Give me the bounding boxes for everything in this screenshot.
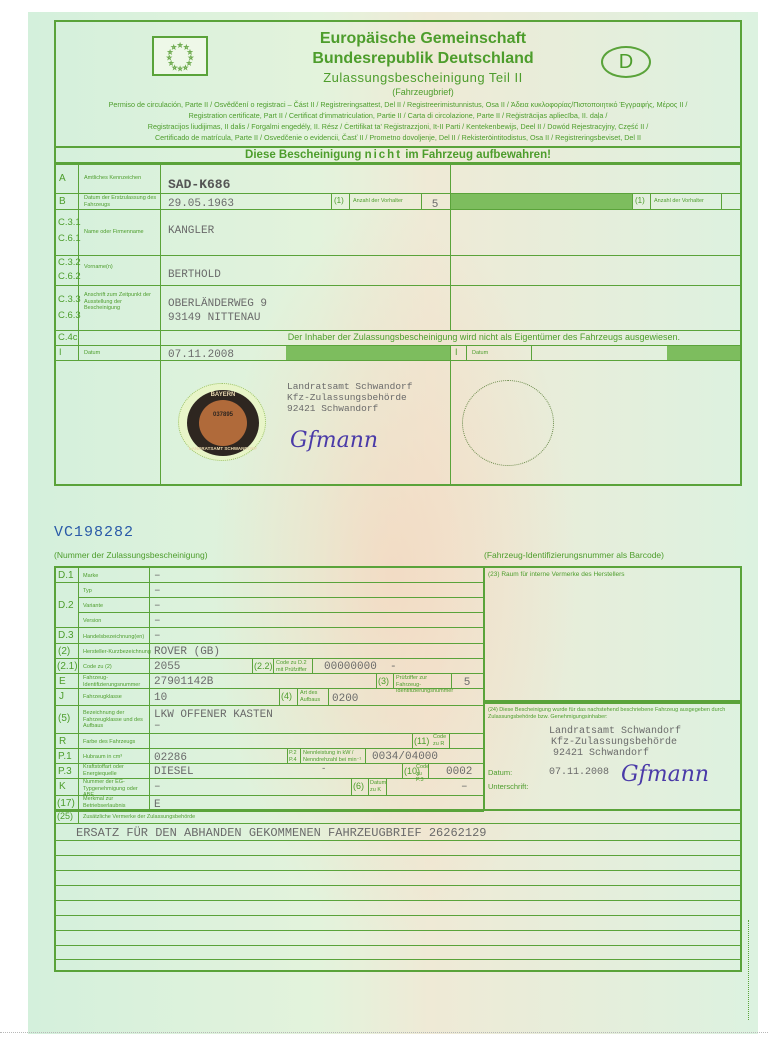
title-eu: Europäische Gemeinschaft: [56, 30, 740, 48]
field-code-J: J: [59, 691, 64, 702]
warning-banner: Diese Bescheinigung nicht im Fahrzeug au…: [54, 146, 742, 164]
field-label-3: Prüfziffer zur Fahrzeug-Identifizierungs…: [396, 675, 451, 695]
prev-owners-value: 5: [432, 198, 438, 210]
displacement-value: 02286: [154, 752, 187, 764]
field-label-C33: Anschrift zum Zeitpunkt der Ausstellung …: [84, 292, 158, 312]
field-label-B: Datum der Erstzulassung des Fahrzeugs: [84, 195, 158, 208]
field-label-J: Fahrzeugklasse: [83, 694, 122, 701]
prev-owners-label: Anzahl der Vorhalter: [353, 198, 403, 205]
issuer-signature: Gfmann: [621, 762, 709, 787]
prev-owners-right-label: Anzahl der Vorhalter: [654, 198, 704, 205]
issuing-authority-line3: 92421 Schwandorf: [553, 748, 649, 759]
field-label-I-right: Datum: [472, 350, 488, 357]
title-subtitle: (Fahrzeugbrief): [56, 87, 740, 97]
field-label-R: Farbe des Fahrzeugs: [83, 739, 135, 746]
manufacturer-code-value: 2055: [154, 661, 180, 673]
owner-first-name: BERTHOLD: [168, 269, 221, 281]
warning-text: Diese Bescheinigung: [245, 149, 365, 161]
vehicle-description-line2: –: [154, 720, 161, 732]
field-label-2: Hersteller-Kurzbezeichnung: [83, 649, 151, 656]
field-code-I-right: I: [455, 347, 458, 357]
issuing-authority-label: (24) Diese Bescheinigung wurde für das n…: [488, 707, 738, 720]
prev-owners-code: (1): [334, 196, 344, 205]
field-code-B: B: [59, 196, 66, 207]
field-code-K: K: [59, 781, 66, 792]
translation-line: Registracijos liudijimas, II dalis / For…: [56, 121, 740, 132]
seal-text-top: BAYERN: [187, 392, 259, 398]
certificate-number-label: (Nummer der Zulassungsbescheinigung): [54, 550, 208, 560]
field-code-25: (25): [57, 811, 73, 821]
field-label-P2P4: Nennleistung in kW / Nenndrehzahl bei mi…: [303, 750, 365, 763]
remarks-section: (25) Zusätzliche Vermerke der Zulassungs…: [54, 809, 742, 972]
field-code-2: (2): [58, 646, 70, 657]
field-label-typ: Typ: [83, 588, 92, 595]
field-code-E: E: [59, 676, 66, 687]
field-code-5: (5): [58, 713, 70, 724]
field-label-A: Amtliches Kennzeichen: [84, 175, 158, 182]
license-plate-value: SAD-K686: [168, 177, 230, 192]
authority-line1: Landratsamt Schwandorf: [287, 381, 412, 392]
owner-address-line2: 93149 NITTENAU: [168, 312, 260, 324]
issuing-authority-line2: Kfz-Zulassungsbehörde: [551, 737, 677, 748]
manufacturer-value: ROVER (GB): [154, 646, 220, 658]
field-code-R: R: [59, 736, 66, 747]
vehicle-description-line1: LKW OFFENER KASTEN: [154, 709, 273, 721]
owner-address-line1: OBERLÄNDERWEG 9: [168, 298, 267, 310]
not-owner-notice: Der Inhaber der Zulassungsbescheinigung …: [160, 332, 740, 342]
official-seal: BAYERN 037895 LANDRATSAMT SCHWANDORF: [178, 383, 266, 461]
field-label-P3: Kraftstoffart oder Energiequelle: [83, 764, 147, 777]
scan-edge: [0, 1032, 768, 1033]
authority-line2: Kfz-Zulassungsbehörde: [287, 392, 407, 403]
power-rpm-value: 0034/04000: [372, 751, 438, 763]
field-code-I: I: [59, 347, 62, 357]
field-code-D1: D.1: [58, 570, 74, 581]
fuel-type-value: DIESEL: [154, 766, 194, 778]
manufacturer-notes-label: (23) Raum für interne Vermerke des Herst…: [488, 572, 625, 579]
translation-line: Certificado de matrícula, Parte II / Osv…: [56, 132, 740, 143]
holder-section: A Amtliches Kennzeichen SAD-K686 B Datum…: [54, 163, 742, 486]
warning-text-end: im Fahrzeug aufbewahren!: [402, 149, 551, 161]
vehicle-class-value: 10: [154, 692, 167, 704]
body-type-value: 0200: [332, 693, 358, 705]
issue-date-label: Datum:: [488, 770, 512, 777]
barcode-label: (Fahrzeug-Identifizierungsnummer als Bar…: [484, 550, 664, 560]
field-label-6: Datum zu K: [370, 780, 386, 793]
seal-number: 037895: [187, 412, 259, 418]
owner-last-name: KANGLER: [168, 225, 214, 237]
type-code-value: 00000000 -: [324, 661, 397, 673]
field-label-D3: Handelsbezeichnung(en): [83, 634, 144, 641]
field-label-I: Datum: [84, 350, 100, 357]
warning-emphasis: nicht: [365, 149, 402, 161]
field-label-4: Art des Aufbaus: [300, 690, 328, 703]
seal-text-bottom: LANDRATSAMT SCHWANDORF: [187, 446, 259, 451]
print-mark: [748, 920, 750, 1020]
field-label-25: Zusätzliche Vermerke der Zulassungsbehör…: [83, 814, 195, 821]
shaded-bar: [667, 346, 740, 360]
manufacturer-notes-box: (23) Raum für interne Vermerke des Herst…: [484, 566, 742, 702]
field-code-P2P4: P.2 P.4: [289, 750, 297, 763]
empty-seal-circle: [462, 380, 554, 466]
field-code-P3: P.3: [58, 766, 72, 777]
prev-owners-right-code: (1): [635, 196, 645, 205]
field-code-C32: C.3.2 C.6.2: [58, 256, 81, 284]
issue-date: 07.11.2008: [168, 349, 234, 361]
field-label-22: Code zu D.2 mit Prüfziffer: [276, 660, 312, 673]
translations-block: Permiso de circulación, Parte II / Osvěd…: [56, 99, 740, 143]
field-label-E: Fahrzeug-Identifizierungsnummer: [83, 675, 147, 688]
field-code-11: (11): [414, 736, 429, 746]
fuel-code-value: 0002: [446, 766, 472, 778]
document-header: ☆ ☆ ☆ ☆ ☆ ☆ ☆ ☆ ☆ ☆ ☆ ☆ Europäische Geme…: [54, 20, 742, 148]
field-code-C4c: C.4c: [58, 332, 78, 343]
field-code-17: (17): [57, 798, 75, 809]
vin-value: 27901142B: [154, 676, 213, 688]
field-code-P1: P.1: [58, 751, 72, 762]
remarks-value: ERSATZ FÜR DEN ABHANDEN GEKOMMENEN FAHRZ…: [76, 826, 486, 840]
issuing-authority-box: (24) Diese Bescheinigung wurde für das n…: [484, 702, 742, 811]
field-label-21: Code zu (2): [83, 664, 112, 671]
make-value: –: [154, 570, 161, 582]
shaded-bar: [286, 346, 450, 360]
field-code-D2: D.2: [58, 600, 74, 611]
field-code-3: (3): [378, 676, 389, 686]
variant-value: –: [154, 600, 161, 612]
shaded-bar: [451, 194, 632, 209]
issuing-authority-line1: Landratsamt Schwandorf: [549, 726, 681, 737]
field-code-21: (2.1): [57, 661, 78, 672]
field-label-11: Code zu R: [433, 734, 449, 747]
field-code-A: A: [59, 173, 66, 184]
certificate-number: VC198282: [54, 524, 134, 541]
authority-line3: 92421 Schwandorf: [287, 403, 378, 414]
field-label-17: Merkmal zur Betriebserlaubnis: [83, 796, 147, 809]
country-code-badge: D: [601, 46, 651, 78]
trade-name-value: –: [154, 630, 161, 642]
type-approval-value: –: [154, 781, 161, 793]
vehicle-data-section: D.1 Marke – D.2 Typ – Variante – Version…: [54, 566, 484, 811]
field-label-D1: Marke: [83, 573, 98, 580]
first-registration-date: 29.05.1963: [168, 198, 234, 210]
field-label-C31: Name oder Firmenname: [84, 229, 158, 236]
field-code-6: (6): [353, 781, 364, 791]
issue-date-value: 07.11.2008: [549, 767, 609, 778]
fuel-type-extra: -: [321, 764, 326, 774]
field-label-10: Code zu P.3: [416, 764, 428, 784]
signature-label: Unterschrift:: [488, 784, 528, 791]
field-label-variante: Variante: [83, 603, 103, 610]
field-code-22: (2.2): [254, 661, 273, 671]
field-label-P1: Hubraum in cm³: [83, 754, 122, 761]
field-label-version: Version: [83, 618, 101, 625]
field-code-C31: C.3.1 C.6.1: [58, 215, 81, 247]
field-label-5: Bezeichnung der Fahrzeugklasse und des A…: [83, 710, 147, 730]
field-code-4: (4): [281, 691, 292, 701]
type-value: –: [154, 585, 161, 597]
vin-check-digit: 5: [464, 676, 470, 688]
approval-date-value: –: [461, 781, 468, 793]
field-label-C32: Vorname(n): [84, 264, 158, 271]
translation-line: Permiso de circulación, Parte II / Osvěd…: [56, 99, 740, 110]
field-code-C33: C.3.3 C.6.3: [58, 292, 81, 324]
signature: Gfmann: [290, 428, 378, 453]
field-code-D3: D.3: [58, 630, 74, 641]
translation-line: Registration certificate, Part II / Cert…: [56, 110, 740, 121]
version-value: –: [154, 615, 161, 627]
